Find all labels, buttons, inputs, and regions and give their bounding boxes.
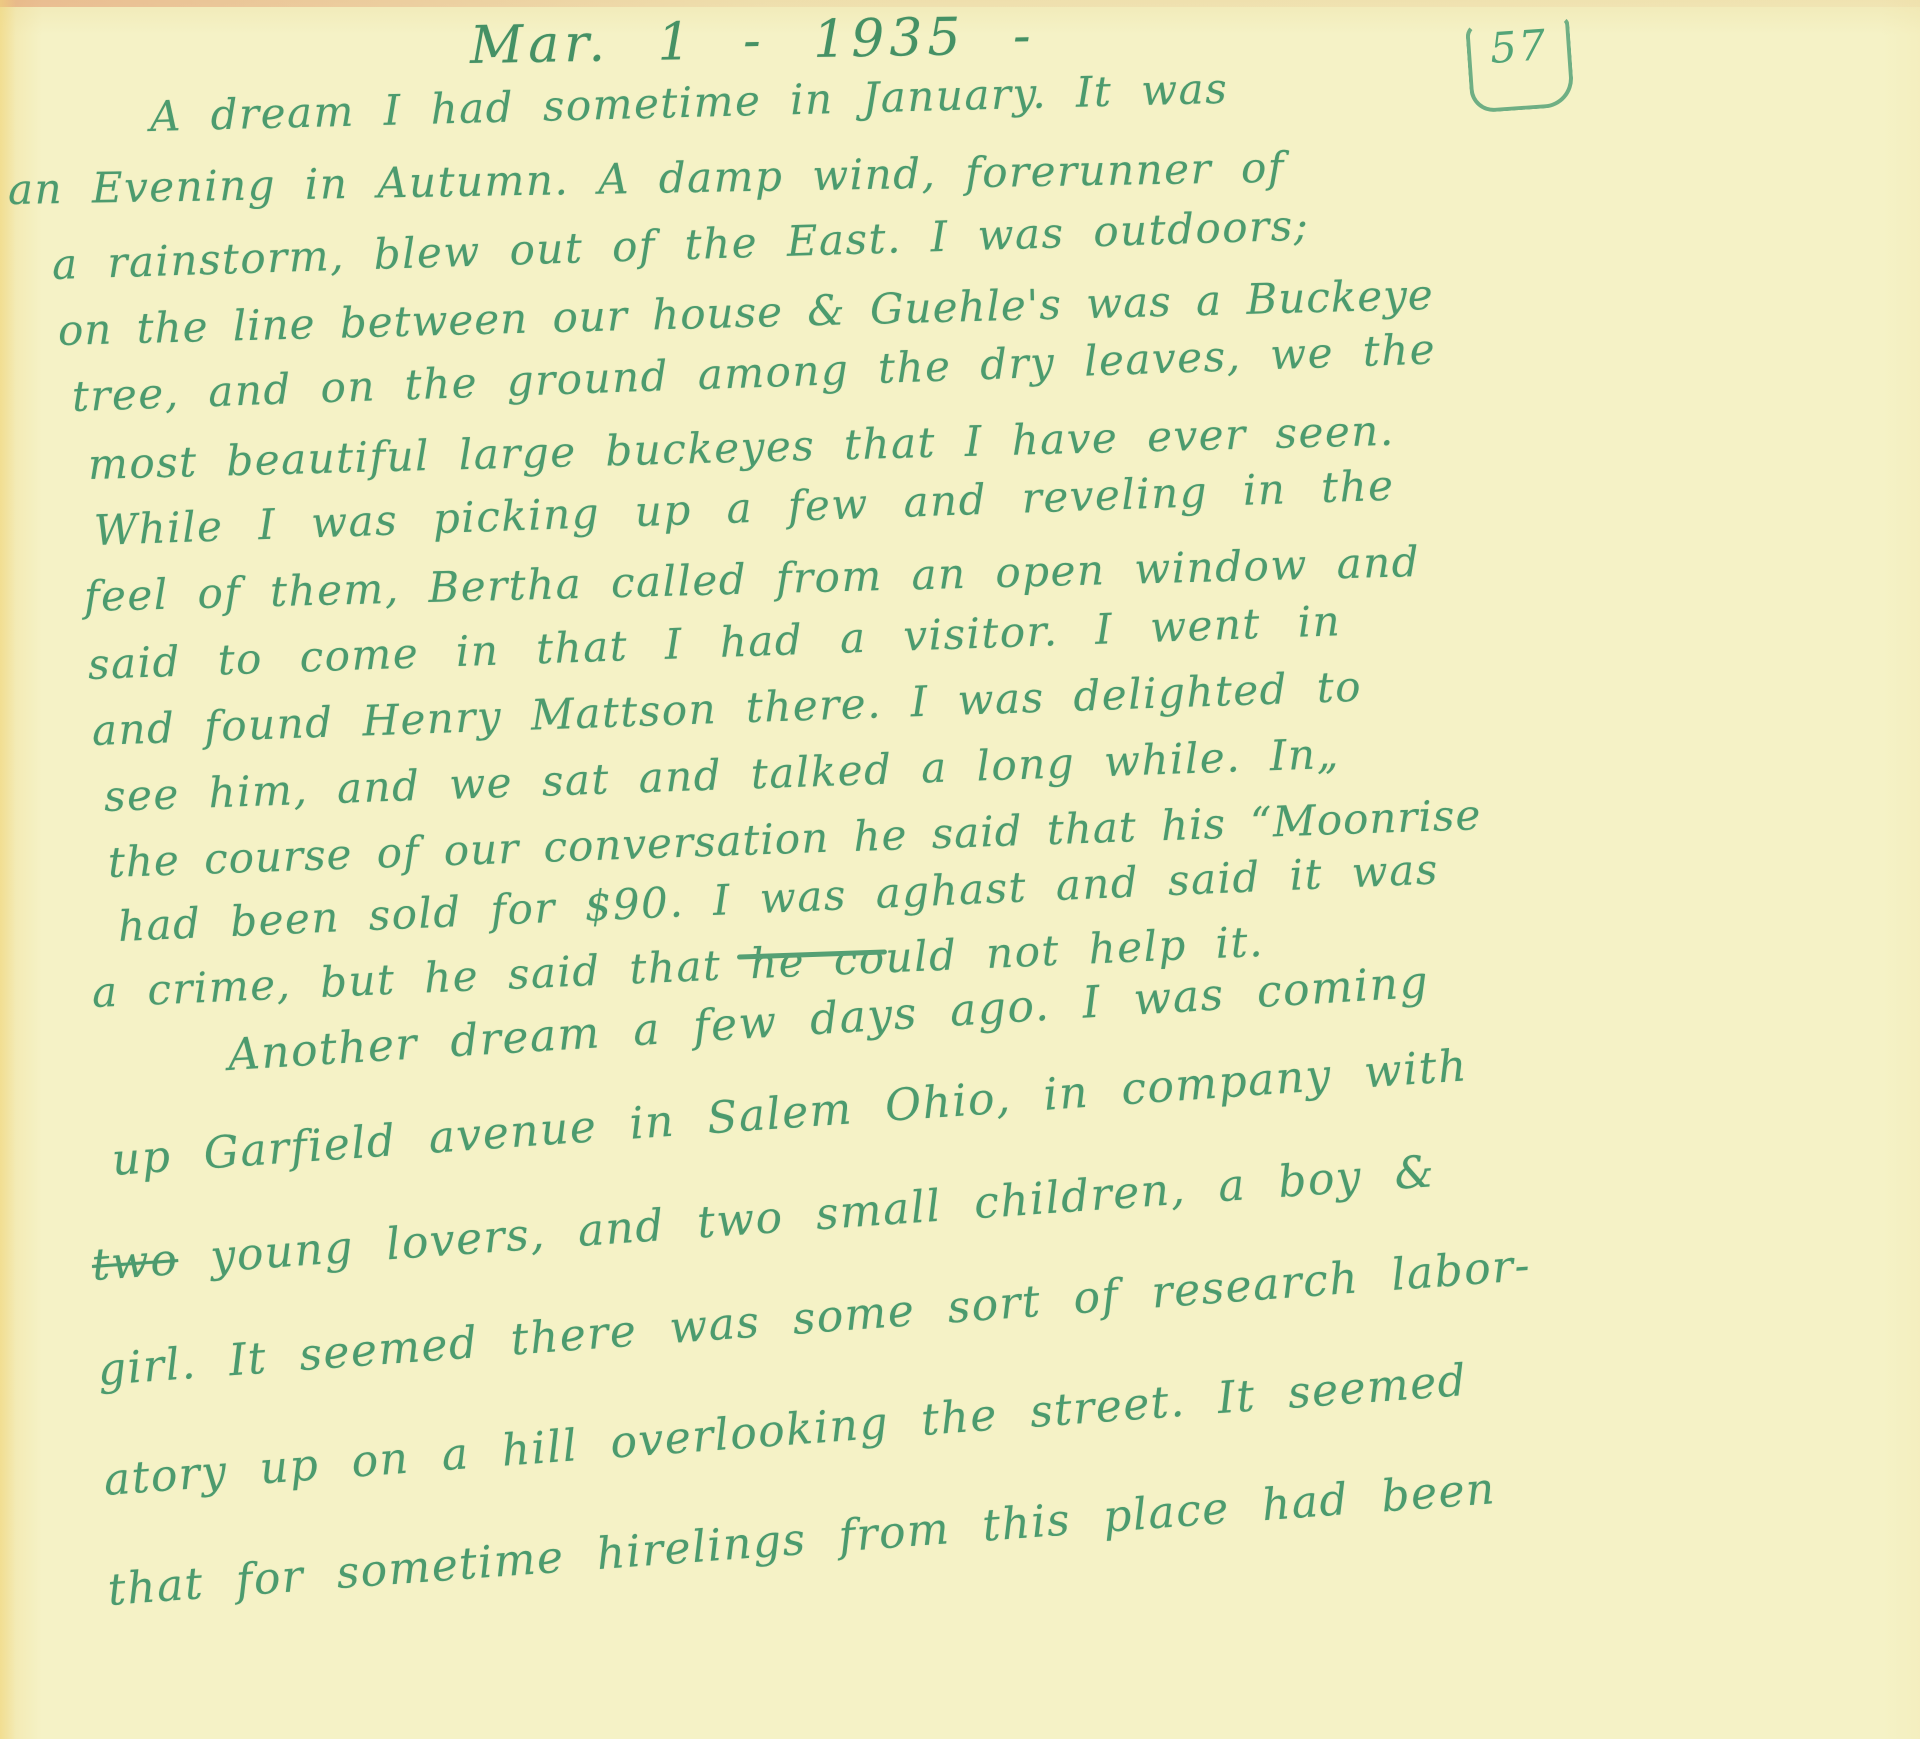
page-number-mark: 57 — [1465, 16, 1575, 113]
paper-edge-left — [0, 0, 16, 1739]
page-number: 57 — [1488, 20, 1549, 73]
diary-line: a rainstorm, blew out of the East. I was… — [51, 201, 1310, 289]
paper-edge-top — [0, 0, 1920, 7]
diary-line: an Evening in Autumn. A damp wind, forer… — [8, 143, 1286, 214]
date-heading: Mar. 1 - 1935 - — [469, 6, 1036, 76]
strikethrough-word: two — [90, 1234, 180, 1291]
diary-page: Mar. 1 - 1935 - 57 A dream I had sometim… — [0, 0, 1920, 1739]
diary-line: A dream I had sometime in January. It wa… — [149, 64, 1228, 141]
